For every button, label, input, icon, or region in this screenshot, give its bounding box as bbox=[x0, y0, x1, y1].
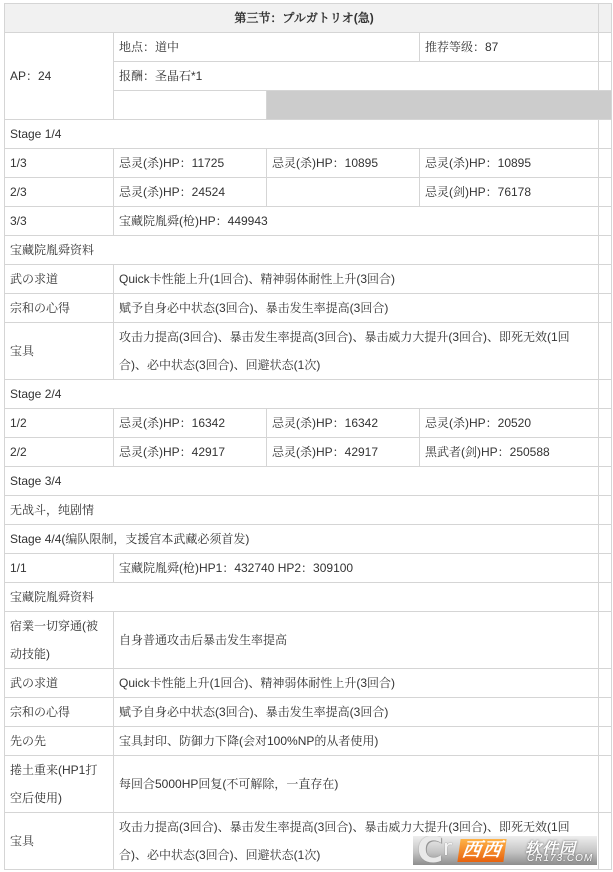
spacer-cell bbox=[599, 554, 612, 583]
skill-effect: 攻击力提高(3回合)、暴击发生率提高(3回合)、暴击威力大提升(3回合)、即死无… bbox=[114, 323, 599, 380]
stage-header: Stage 3/4 bbox=[5, 467, 612, 496]
enemy: 忌灵(杀)HP：42917 bbox=[114, 438, 267, 467]
wave-number: 3/3 bbox=[5, 207, 114, 236]
spacer-cell bbox=[599, 380, 612, 409]
spacer-cell bbox=[599, 669, 612, 698]
stage-4-label: Stage 4/4(编队限制，支援宫本武藏必须首发) bbox=[5, 525, 599, 554]
enemy: 忌灵(杀)HP：10895 bbox=[267, 149, 420, 178]
skill-effect: Quick卡性能上升(1回合)、精神弱体耐性上升(3回合) bbox=[114, 265, 599, 294]
effect-line: 合)、必中状态(3回合)、回避状态(1次) bbox=[119, 351, 598, 379]
watermark-url: CR173.COM bbox=[527, 853, 593, 864]
skill-row: 捲土重来(HP1打 空后使用) 每回合5000HP回复(不可解除，一直存在) bbox=[5, 756, 612, 813]
skill-name-line: 动技能) bbox=[10, 640, 113, 668]
stage-note-row: 无战斗，纯剧情 bbox=[5, 496, 612, 525]
stage-header: Stage 4/4(编队限制，支援宫本武藏必须首发) bbox=[5, 525, 612, 554]
skill-effect: 每回合5000HP回复(不可解除，一直存在) bbox=[114, 756, 599, 813]
ap-cost: AP：24 bbox=[5, 33, 114, 120]
enemy bbox=[267, 178, 420, 207]
location: 地点：道中 bbox=[114, 33, 420, 62]
skill-name: 宝具 bbox=[5, 813, 114, 870]
spacer-cell bbox=[599, 178, 612, 207]
skill-name-line: 宿業一切穿通(被 bbox=[10, 612, 113, 640]
skill-name: 宝具 bbox=[5, 323, 114, 380]
wave-number: 1/2 bbox=[5, 409, 114, 438]
wave-number: 1/1 bbox=[5, 554, 114, 583]
spacer-cell bbox=[599, 265, 612, 294]
quest-info-table: 第三节：プルガトリオ(急) AP：24 地点：道中 推荐等级：87 报酬：圣晶石… bbox=[4, 3, 612, 870]
skill-effect: 宝具封印、防御力下降(会对100%NP的从者使用) bbox=[114, 727, 599, 756]
watermark-logo-leaf-icon: r bbox=[443, 836, 452, 861]
wave-number: 1/3 bbox=[5, 149, 114, 178]
wave-row: 2/2 忌灵(杀)HP：42917 忌灵(杀)HP：42917 黑武者(剑)HP… bbox=[5, 438, 612, 467]
boss-info-header: 宝藏院胤舜资料 bbox=[5, 583, 612, 612]
skill-effect: 赋予自身必中状态(3回合)、暴击发生率提高(3回合) bbox=[114, 698, 599, 727]
enemy: 忌灵(杀)HP：11725 bbox=[114, 149, 267, 178]
spacer-cell bbox=[599, 33, 612, 62]
skill-name: 宗和の心得 bbox=[5, 294, 114, 323]
spacer-cell bbox=[599, 4, 612, 33]
enemy: 忌灵(剑)HP：76178 bbox=[420, 178, 599, 207]
stage-2-label: Stage 2/4 bbox=[5, 380, 599, 409]
spacer-cell bbox=[599, 756, 612, 813]
spacer-cell bbox=[599, 467, 612, 496]
skill-name: 武の求道 bbox=[5, 669, 114, 698]
enemy: 忌灵(杀)HP：10895 bbox=[420, 149, 599, 178]
skill-effect: 赋予自身必中状态(3回合)、暴击发生率提高(3回合) bbox=[114, 294, 599, 323]
empty-cell bbox=[114, 91, 267, 120]
location-row: AP：24 地点：道中 推荐等级：87 bbox=[5, 33, 612, 62]
boss-enemy: 宝藏院胤舜(枪)HP1：432740 HP2：309100 bbox=[114, 554, 599, 583]
spacer-cell bbox=[599, 612, 612, 669]
enemy: 黑武者(剑)HP：250588 bbox=[420, 438, 599, 467]
spacer-cell bbox=[599, 727, 612, 756]
wave-row: 3/3 宝藏院胤舜(枪)HP：449943 bbox=[5, 207, 612, 236]
enemy: 忌灵(杀)HP：20520 bbox=[420, 409, 599, 438]
boss-enemy: 宝藏院胤舜(枪)HP：449943 bbox=[114, 207, 599, 236]
boss-info-title: 宝藏院胤舜资料 bbox=[5, 583, 599, 612]
skill-row: 武の求道 Quick卡性能上升(1回合)、精神弱体耐性上升(3回合) bbox=[5, 669, 612, 698]
site-watermark: C r 西西 软件园 CR173.COM bbox=[413, 836, 597, 865]
skill-effect: Quick卡性能上升(1回合)、精神弱体耐性上升(3回合) bbox=[114, 669, 599, 698]
wave-number: 2/3 bbox=[5, 178, 114, 207]
skill-row: 先の先 宝具封印、防御力下降(会对100%NP的从者使用) bbox=[5, 727, 612, 756]
boss-info-title: 宝藏院胤舜资料 bbox=[5, 236, 599, 265]
skill-name: 武の求道 bbox=[5, 265, 114, 294]
spacer-cell bbox=[599, 294, 612, 323]
effect-line: 攻击力提高(3回合)、暴击发生率提高(3回合)、暴击威力大提升(3回合)、即死无… bbox=[119, 323, 598, 351]
wave-row: 1/2 忌灵(杀)HP：16342 忌灵(杀)HP：16342 忌灵(杀)HP：… bbox=[5, 409, 612, 438]
skill-row: 宗和の心得 赋予自身必中状态(3回合)、暴击发生率提高(3回合) bbox=[5, 294, 612, 323]
skill-row: 武の求道 Quick卡性能上升(1回合)、精神弱体耐性上升(3回合) bbox=[5, 265, 612, 294]
skill-name: 宿業一切穿通(被 动技能) bbox=[5, 612, 114, 669]
stage-3-note: 无战斗，纯剧情 bbox=[5, 496, 599, 525]
spacer-cell bbox=[599, 62, 612, 91]
title-row: 第三节：プルガトリオ(急) bbox=[5, 4, 612, 33]
skill-name-line: 空后使用) bbox=[10, 784, 113, 812]
skill-name: 捲土重来(HP1打 空后使用) bbox=[5, 756, 114, 813]
skill-name: 先の先 bbox=[5, 727, 114, 756]
stage-1-label: Stage 1/4 bbox=[5, 120, 599, 149]
watermark-brand: 西西 bbox=[457, 839, 506, 862]
enemy: 忌灵(杀)HP：42917 bbox=[267, 438, 420, 467]
skill-row: 宗和の心得 赋予自身必中状态(3回合)、暴击发生率提高(3回合) bbox=[5, 698, 612, 727]
wave-row: 1/1 宝藏院胤舜(枪)HP1：432740 HP2：309100 bbox=[5, 554, 612, 583]
recommended-level: 推荐等级：87 bbox=[420, 33, 599, 62]
skill-row: 宝具 攻击力提高(3回合)、暴击发生率提高(3回合)、暴击威力大提升(3回合)、… bbox=[5, 323, 612, 380]
skill-name: 宗和の心得 bbox=[5, 698, 114, 727]
spacer-cell bbox=[599, 120, 612, 149]
wave-number: 2/2 bbox=[5, 438, 114, 467]
skill-effect: 自身普通攻击后暴击发生率提高 bbox=[114, 612, 599, 669]
wave-row: 2/3 忌灵(杀)HP：24524 忌灵(剑)HP：76178 bbox=[5, 178, 612, 207]
spacer-cell bbox=[599, 583, 612, 612]
spacer-cell bbox=[599, 236, 612, 265]
reward: 报酬：圣晶石*1 bbox=[114, 62, 599, 91]
spacer-cell bbox=[599, 496, 612, 525]
stage-header: Stage 1/4 bbox=[5, 120, 612, 149]
spacer-cell bbox=[599, 438, 612, 467]
spacer-cell bbox=[599, 409, 612, 438]
section-title: 第三节：プルガトリオ(急) bbox=[5, 4, 599, 33]
enemy: 忌灵(杀)HP：16342 bbox=[114, 409, 267, 438]
skill-name-line: 捲土重来(HP1打 bbox=[10, 756, 113, 784]
watermark-logo-icon: C bbox=[417, 836, 443, 865]
spacer-cell bbox=[599, 525, 612, 554]
boss-info-header: 宝藏院胤舜资料 bbox=[5, 236, 612, 265]
enemy: 忌灵(杀)HP：16342 bbox=[267, 409, 420, 438]
spacer-cell bbox=[599, 698, 612, 727]
skill-row: 宿業一切穿通(被 动技能) 自身普通攻击后暴击发生率提高 bbox=[5, 612, 612, 669]
spacer-cell bbox=[599, 149, 612, 178]
gray-placeholder-block bbox=[267, 91, 612, 120]
spacer-cell bbox=[599, 813, 612, 870]
spacer-cell bbox=[599, 207, 612, 236]
enemy: 忌灵(杀)HP：24524 bbox=[114, 178, 267, 207]
wave-row: 1/3 忌灵(杀)HP：11725 忌灵(杀)HP：10895 忌灵(杀)HP：… bbox=[5, 149, 612, 178]
spacer-cell bbox=[599, 323, 612, 380]
stage-3-label: Stage 3/4 bbox=[5, 467, 599, 496]
stage-header: Stage 2/4 bbox=[5, 380, 612, 409]
